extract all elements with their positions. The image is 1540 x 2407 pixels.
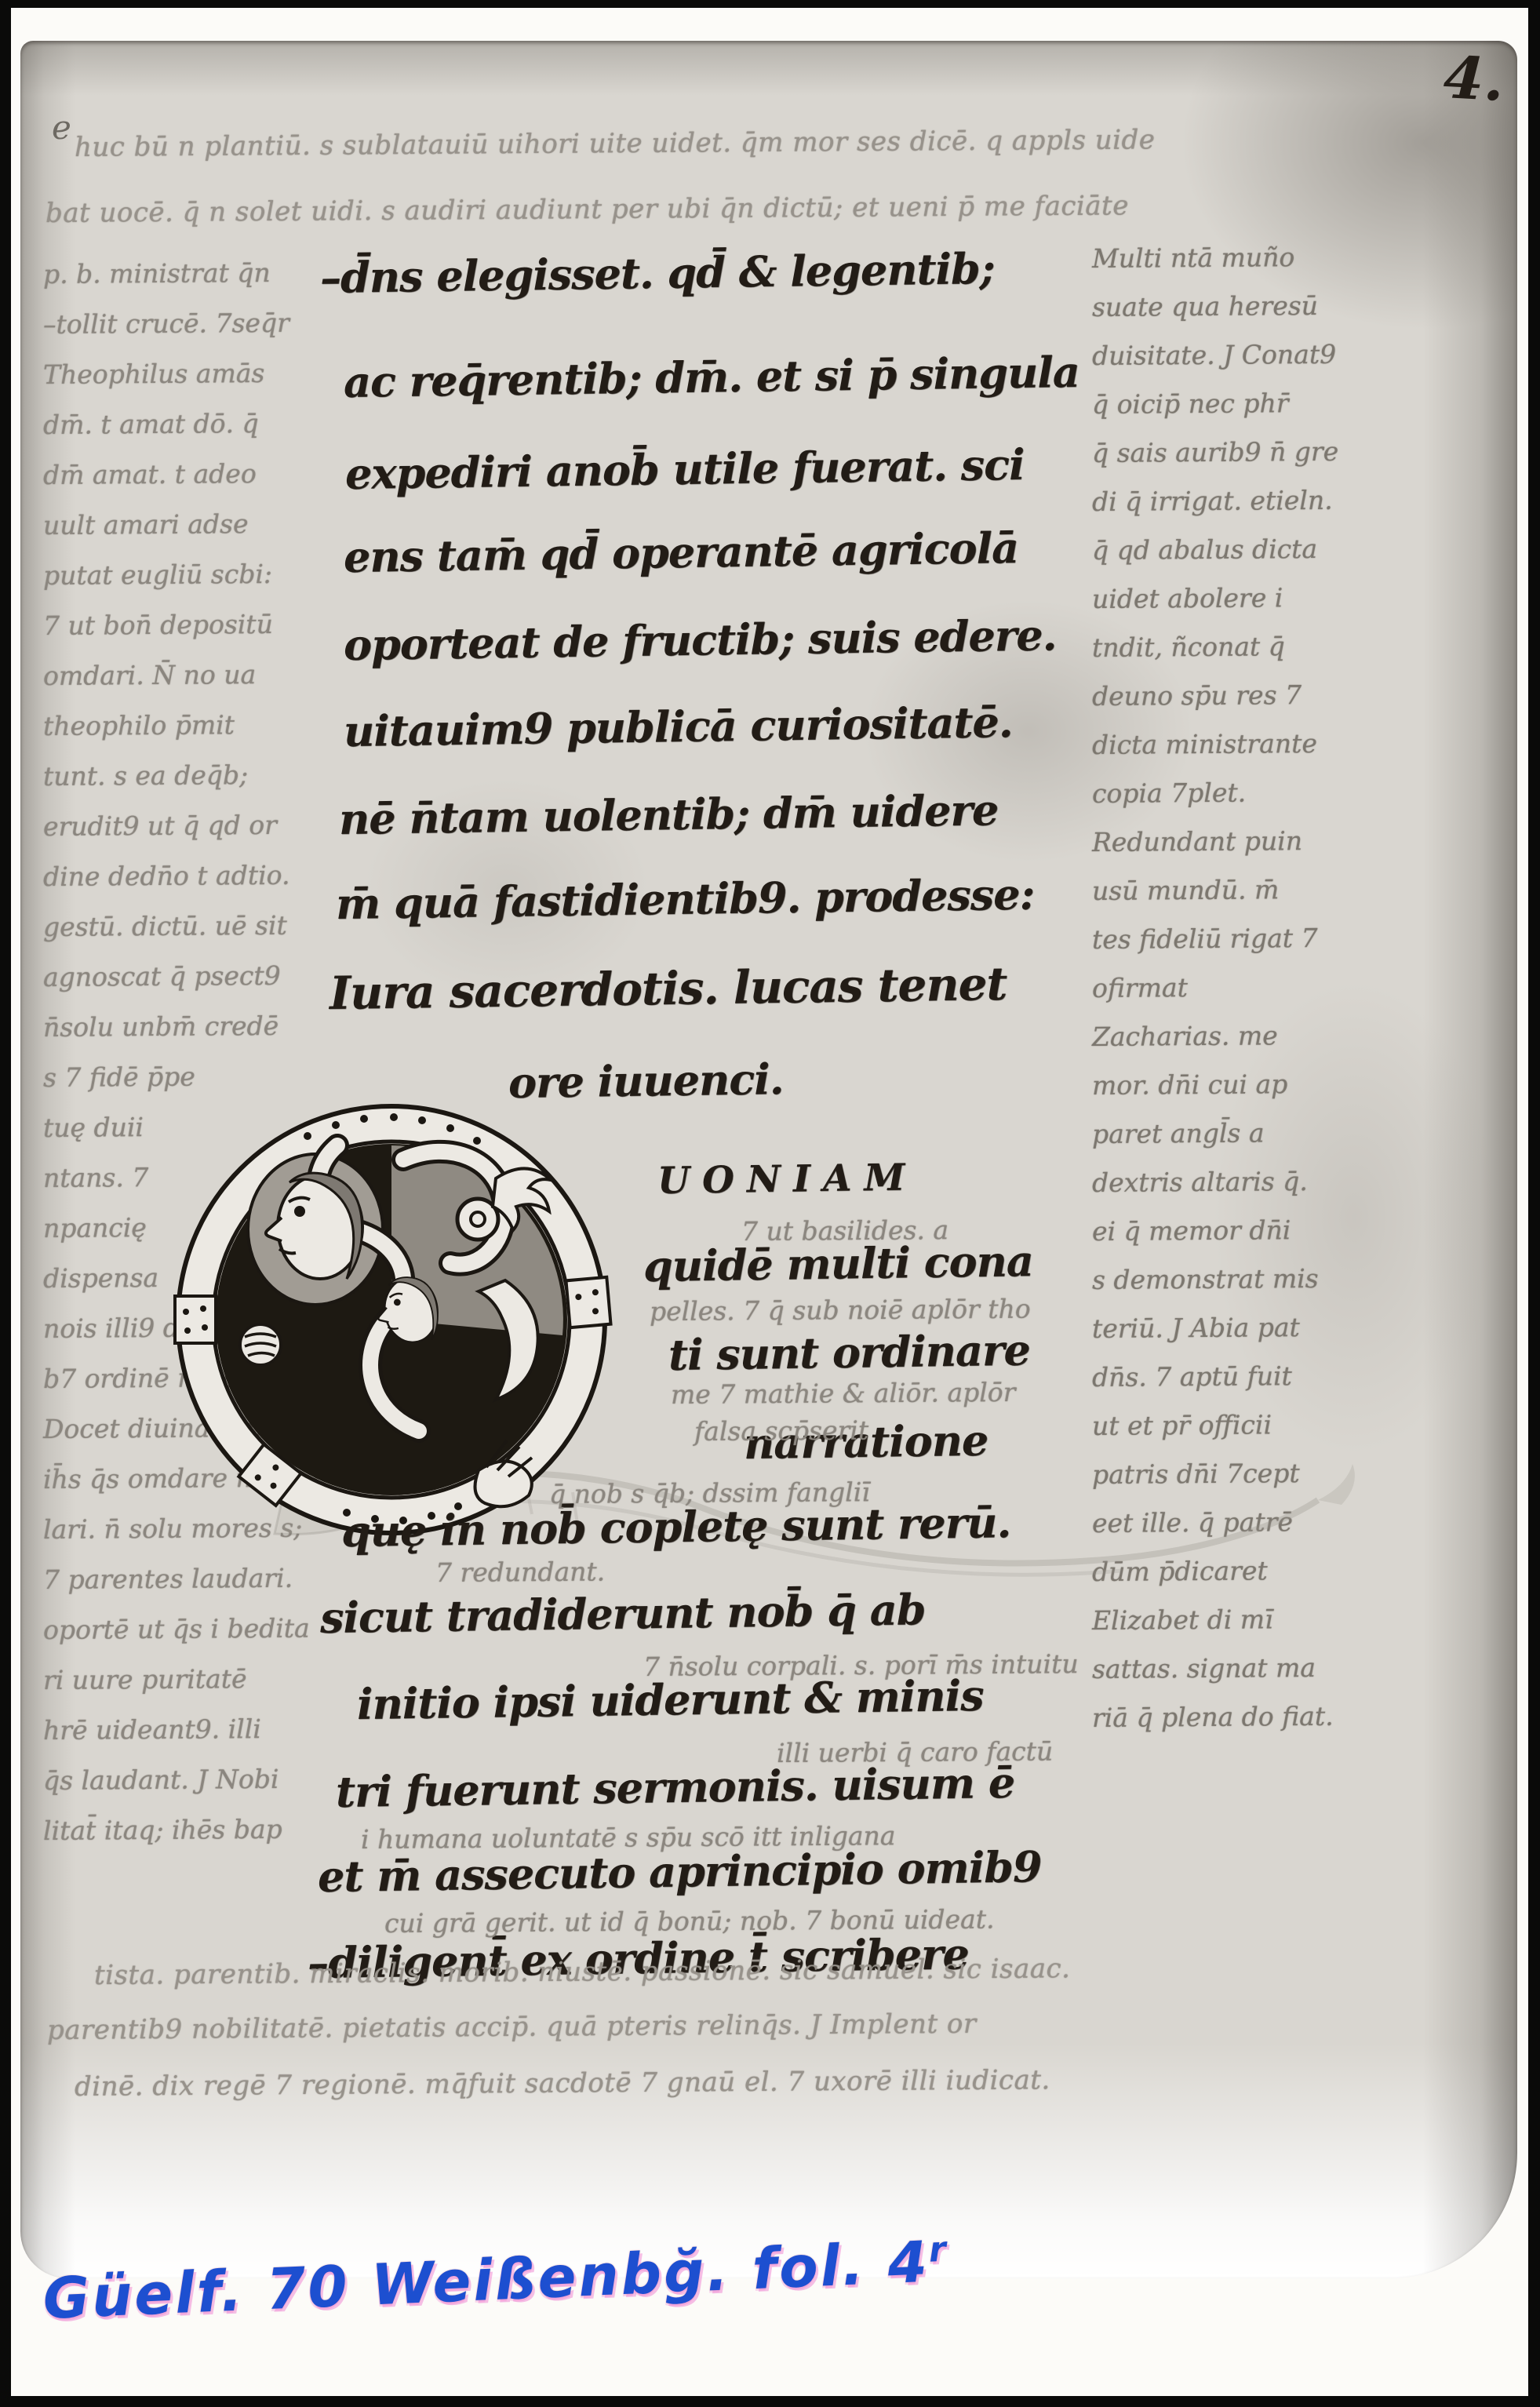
stray-pen-mark: e <box>52 108 71 147</box>
main-text-line: uitauim9 publicā curiositatē. <box>344 697 1013 756</box>
right-gloss-line: sattas. signat ma <box>1092 1652 1316 1684</box>
left-gloss-line: n̄solu unbm̄ credē <box>43 1011 279 1043</box>
top-gloss-line: huc bū n plantiū. s sublatauiū uihori ui… <box>75 124 1156 163</box>
interlinear-gloss-line: 7 n̄solu corpali. s. porī m̄s intuitu <box>643 1648 1079 1682</box>
main-text-line: ac req̄rentib; dm̄. et si p̄ singula <box>344 347 1080 407</box>
right-gloss-line: q̄ sais aurib9 n̄ gre <box>1092 436 1339 468</box>
left-gloss-line: npancię <box>43 1212 147 1244</box>
bottom-gloss-line: tista. parentib. miraclis. morib. niustē… <box>94 1953 1071 1991</box>
left-gloss-line: putat eugliū scbi: <box>43 559 272 591</box>
left-gloss-line: theophilo p̄mit <box>43 709 235 741</box>
right-gloss-line: dn̄s. 7 aptū fuit <box>1092 1360 1292 1393</box>
right-gloss-line: tndit, ñconat q̄ <box>1092 631 1285 663</box>
right-gloss-line: mor. dn̄i cui ap <box>1092 1069 1288 1101</box>
left-gloss-line: 7 ut bon̄ depositū <box>43 609 273 641</box>
interlinear-gloss-line: illi uerbi q̄ caro factū <box>777 1736 1053 1768</box>
right-gloss-line: teriū. J Abia pat <box>1092 1312 1300 1344</box>
shelfmark-caption-superscript: r <box>928 2230 949 2270</box>
interlinear-gloss-line: me 7 mathie & aliōr. aplōr <box>671 1377 1016 1410</box>
right-gloss-line: Zacharias. me <box>1092 1020 1278 1052</box>
left-gloss-line: gestū. dictū. uē sit <box>43 910 287 942</box>
right-gloss-line: ofirmat <box>1092 972 1188 1003</box>
main-text-line: nē n̄tam uolentib; dm̄ uidere <box>339 785 999 844</box>
left-gloss-line: dm̄. t amat dō. q̄ <box>43 408 259 440</box>
main-text-line: sicut tradiderunt nob̄ q̄ ab <box>320 1584 926 1643</box>
left-gloss-line: tuę duii <box>43 1112 144 1143</box>
right-gloss-line: paret angl̄s a <box>1092 1117 1265 1149</box>
left-gloss-line: agnoscat q̄ psect9 <box>43 960 281 992</box>
left-gloss-line: litat̄ itaq; ihēs bap <box>43 1814 282 1846</box>
left-gloss-line: dm̄ amat. t adeo <box>43 458 257 490</box>
interlinear-gloss-line: cui grā gerit. ut id q̄ bonū; nob. 7 bon… <box>384 1904 995 1939</box>
right-gloss-line: riā q̄ plena do fiat. <box>1092 1701 1334 1733</box>
left-gloss-line: omdari. N̄ no ua <box>43 659 256 691</box>
right-gloss-line: suate qua heresū <box>1092 290 1318 322</box>
left-gloss-line: erudit9 ut q̄ qd or <box>43 810 277 842</box>
right-gloss-line: copia 7plet. <box>1092 777 1246 809</box>
left-gloss-line: dine dedn̄o t adtio. <box>43 860 290 892</box>
right-gloss-line: s demonstrat mis <box>1092 1263 1319 1295</box>
right-gloss-line: deuno sp̄u res 7 <box>1092 679 1302 712</box>
main-text-line: m̄ quā fastidientib9. prodesse: <box>336 869 1035 929</box>
left-gloss-line: p. b. ministrat q̄n <box>43 257 271 289</box>
shelfmark-caption-text: Güelf. 70 Weißenbğ. fol. 4 <box>42 2229 930 2332</box>
right-gloss-line: Multi ntā muño <box>1092 242 1295 274</box>
right-gloss-line: tes fideliū rigat 7 <box>1092 923 1318 955</box>
main-text-line: ore iuuenci. <box>508 1054 784 1108</box>
folio-page-number: 4. <box>1442 44 1506 115</box>
main-text-line: oporteat de fructib; suis edere. <box>344 610 1057 670</box>
main-text-line: expediri anob̄ utile fuerat. sci <box>345 439 1025 499</box>
right-gloss-line: q̄ oicip̄ nec phr̄ <box>1092 388 1289 420</box>
right-gloss-line: q̄ qd abalus dicta <box>1092 533 1317 566</box>
interlinear-gloss-line: q̄ nob s q̄b; dssim fangliī <box>549 1477 870 1509</box>
interlinear-gloss-line: 7 ut basilides. a <box>741 1214 948 1247</box>
left-gloss-line: ri uure puritatē <box>43 1663 247 1695</box>
interlinear-gloss-line: 7 redundant. <box>435 1556 606 1588</box>
left-gloss-line: uult amari adse <box>43 508 249 541</box>
manuscript-photo-page: { "page": { "folio_number": "4.", "capti… <box>0 0 1540 2407</box>
right-gloss-line: usū mundū. m̄ <box>1092 874 1280 906</box>
main-text-line: ens tam̄ qd̄ operantē agricolā <box>344 523 1019 582</box>
interlinear-gloss-line: pelles. 7 q̄ sub noiē aplōr tho <box>650 1294 1031 1327</box>
left-gloss-line: q̄s laudant. J Nobi <box>43 1764 279 1796</box>
right-gloss-line: ei q̄ memor dn̄i <box>1092 1214 1291 1247</box>
left-gloss-line: dispensa <box>43 1262 158 1294</box>
left-gloss-line: ntans. 7 <box>43 1162 149 1193</box>
right-gloss-line: di q̄ irrigat. etieln. <box>1092 485 1333 517</box>
manuscript-content: 4. e huc bū n plantiū. s sublatauiū uiho… <box>0 0 1540 2407</box>
main-text-line: ti sunt ordinare <box>668 1325 1031 1380</box>
right-gloss-line: duisitate. J Conat9 <box>1092 339 1336 371</box>
main-text-line: –d̄ns elegisset. qd̄ & legentib; <box>320 243 995 303</box>
main-text-line: Iura sacerdotis. lucas tenet <box>329 957 1007 1020</box>
right-gloss-line: uidet abolere i <box>1092 582 1283 614</box>
left-gloss-line: hrē uideant9. illi <box>43 1713 261 1746</box>
bottom-gloss-line: dinē. dix regē 7 regionē. mq̄fuit sacdot… <box>75 2064 1050 2103</box>
right-gloss-line: Redundant puin <box>1092 825 1302 858</box>
left-gloss-line: Theophilus amās <box>43 358 265 390</box>
right-gloss-line: dextris altaris q̄. <box>1092 1166 1308 1198</box>
bottom-gloss-line: parentib9 nobilitatē. pietatis accip̄. q… <box>47 2008 977 2046</box>
left-gloss-line: tunt. s ea deq̄b; <box>43 759 248 792</box>
interlinear-gloss-line: falsa scp̄serit <box>694 1415 868 1447</box>
main-text-line: UONIAM <box>657 1156 918 1203</box>
interlinear-gloss-line: i humana uoluntatē s sp̄u scō itt inliga… <box>361 1820 896 1855</box>
right-gloss-line: dicta ministrante <box>1092 728 1317 760</box>
top-gloss-line: bat uocē. q̄ n solet uidi. s audiri audi… <box>46 190 1129 229</box>
shelfmark-caption: Güelf. 70 Weißenbğ. fol. 4r <box>42 2228 950 2332</box>
left-gloss-line: –tollit crucē. 7seq̄r <box>43 308 289 340</box>
